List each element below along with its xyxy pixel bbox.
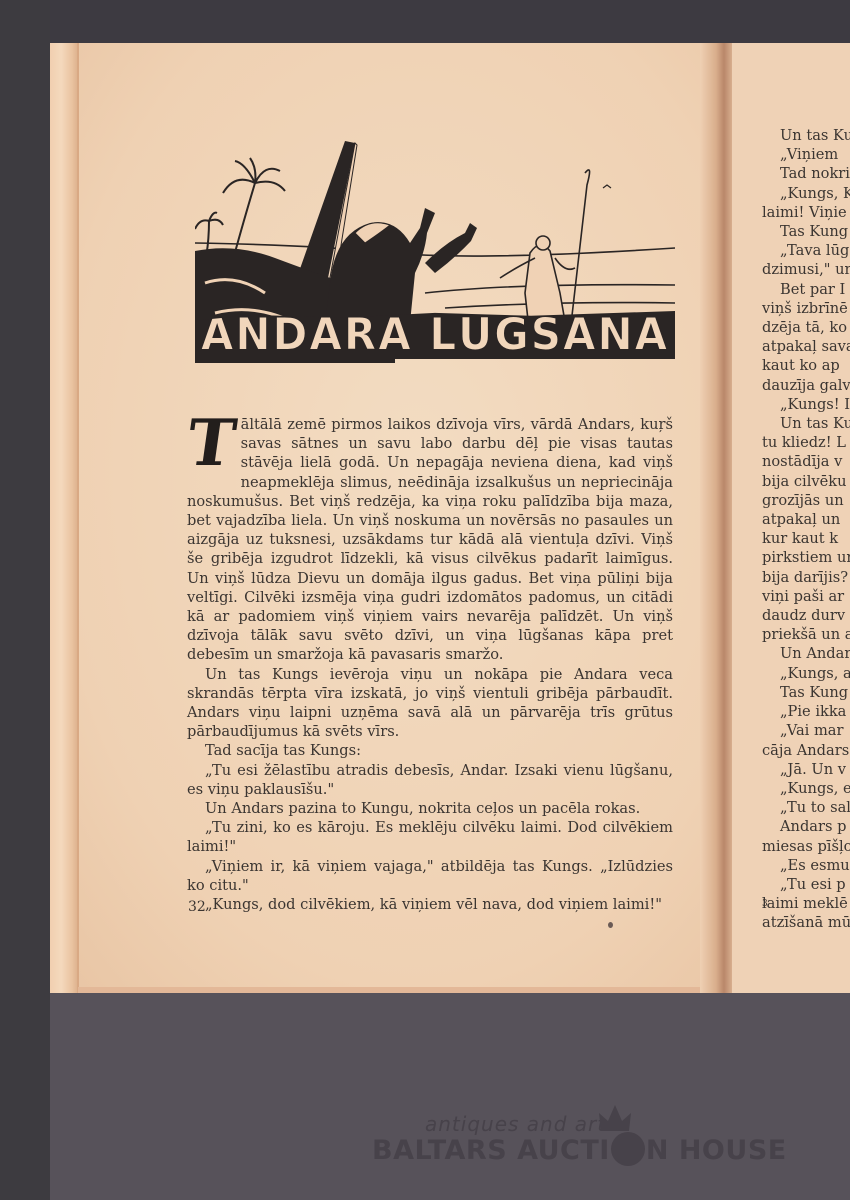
right-page-line: „Kungs, K: [762, 184, 850, 203]
right-page-line: Un tas Ku: [762, 414, 850, 433]
story-text: Tāltālā zemē pirmos laikos dzīvoja vīrs,…: [187, 415, 673, 914]
book-spread: ANDARA LŪGŠANA Tāltālā zemē pirmos laiko…: [50, 43, 850, 993]
right-page-line: priekšā un a: [762, 625, 850, 644]
paragraph-6: „Tu zini, ko es kāroju. Es meklēju cilvē…: [187, 818, 673, 856]
right-page-line: „Jā. Un v: [762, 760, 850, 779]
right-page-line: „Kungs, e: [762, 779, 850, 798]
right-page-line: bija cilvēku: [762, 472, 850, 491]
right-page-line: Tas Kung: [762, 222, 850, 241]
right-page-line: kur kaut k: [762, 529, 850, 548]
paragraph-4: „Tu esi žēlastību atradis debesīs, Andar…: [187, 761, 673, 799]
scan-background-left: [0, 0, 50, 1200]
page-number-right: 3: [762, 899, 768, 909]
right-page-line: „Es esmu: [762, 856, 850, 875]
right-page-line: dauzīja galv: [762, 376, 850, 395]
right-page-line: Un Andar: [762, 644, 850, 663]
watermark-logo-circle: [611, 1132, 645, 1166]
right-page-line: „Tava lūg: [762, 241, 850, 260]
right-page-line: tu kliedz! L: [762, 433, 850, 452]
right-page-line: daudz durv: [762, 606, 850, 625]
right-page-line: „Viņiem: [762, 145, 850, 164]
page-bottom-edge: [78, 987, 718, 993]
right-page-line: bija darījis?: [762, 568, 850, 587]
right-page-text: Un tas Ku„ViņiemTad nokri„Kungs, Klaimi!…: [762, 126, 850, 933]
crown-icon: [597, 1103, 633, 1133]
right-page-line: nostādīja v: [762, 452, 850, 471]
right-page-line: „Pie ikka: [762, 702, 850, 721]
right-page-line: kaut ko ap: [762, 356, 850, 375]
paragraph-2: Un tas Kungs ievēroja viņu un nokāpa pie…: [187, 665, 673, 742]
paragraph-text: āltālā zemē pirmos laikos dzīvoja vīrs, …: [187, 416, 673, 663]
right-page-line: „Kungs, a: [762, 664, 850, 683]
right-page-line: Tas Kung: [762, 683, 850, 702]
paper-speck: [608, 922, 613, 928]
page-edge-line: [77, 43, 79, 993]
book-gutter: [700, 43, 732, 993]
paragraph-8: „Kungs, dod cilvēkiem, kā viņiem vēl nav…: [187, 895, 673, 914]
right-page-line: „Vai mar: [762, 721, 850, 740]
right-page-line: atzīšanā mū: [762, 913, 850, 932]
right-page-line: Andars p: [762, 817, 850, 836]
right-page-line: „Tu esi p: [762, 875, 850, 894]
paragraph-3: Tad sacīja tas Kungs:: [187, 741, 673, 760]
watermark-name: BALTARS AUCTIN HOUSE: [372, 1132, 787, 1166]
right-page-line: dzēja tā, ko: [762, 318, 850, 337]
right-page-line: grozījās un: [762, 491, 850, 510]
right-page-line: laimi! Viņie: [762, 203, 850, 222]
page-fore-edge: [50, 43, 78, 993]
right-page-line: viņi paši ar: [762, 587, 850, 606]
right-page-line: atpakaļ sava: [762, 337, 850, 356]
right-page-line: Tad nokri: [762, 164, 850, 183]
left-page: ANDARA LŪGŠANA Tāltālā zemē pirmos laiko…: [50, 43, 715, 993]
page-number-left: 32: [188, 899, 206, 915]
right-page-line: laimi meklē: [762, 894, 850, 913]
right-page-line: pirkstiem ur: [762, 548, 850, 567]
drop-cap: T: [183, 419, 238, 475]
story-title: ANDARA LŪGŠANA: [195, 311, 675, 359]
right-page-line: miesas pīšļo: [762, 837, 850, 856]
right-page-line: „Kungs! I: [762, 395, 850, 414]
watermark-name-part2: N HOUSE: [646, 1135, 787, 1166]
right-page-line: Bet par I: [762, 280, 850, 299]
right-page-line: Un tas Ku: [762, 126, 850, 145]
paragraph-5: Un Andars pazina to Kungu, nokrita ceļos…: [187, 799, 673, 818]
right-page-line: viņš izbrīnē: [762, 299, 850, 318]
right-page-line: atpakaļ un: [762, 510, 850, 529]
paragraph-1: Tāltālā zemē pirmos laikos dzīvoja vīrs,…: [187, 415, 673, 665]
paragraph-7: „Viņiem ir, kā viņiem vajaga," atbildēja…: [187, 857, 673, 895]
right-page-line: „Tu to sal: [762, 798, 850, 817]
right-page-line: cāja Andars: [762, 741, 850, 760]
title-text: ANDARA LŪGŠANA: [201, 313, 669, 357]
scan-background-top: [0, 0, 850, 45]
watermark-name-part1: BALTARS AUCTI: [372, 1135, 610, 1166]
right-page-line: dzimusi," un: [762, 260, 850, 279]
